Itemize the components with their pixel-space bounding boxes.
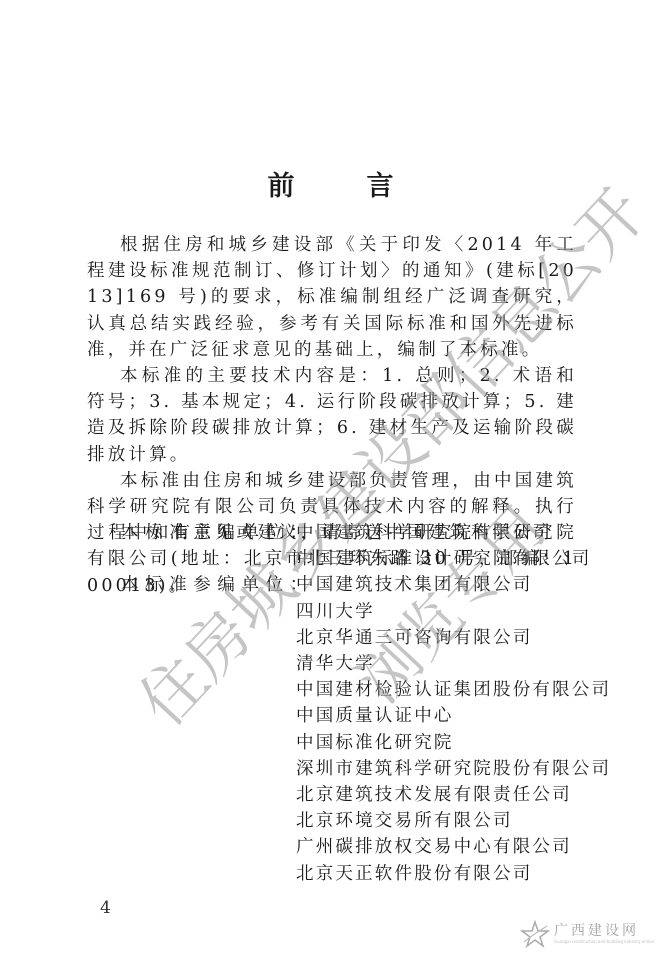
chief-editor-label: 本标准主编单位： bbox=[121, 520, 296, 572]
site-logo: 广西建设网 Guangxi construction and building … bbox=[520, 918, 655, 950]
participating-unit: 中国标准化研究院 bbox=[296, 730, 611, 756]
logo-name-cn: 广西建设网 bbox=[554, 924, 654, 938]
star-logo-icon bbox=[520, 920, 550, 948]
participating-unit: 深圳市建筑科学研究院股份有限公司 bbox=[296, 756, 611, 782]
participating-unit: 中国质量认证中心 bbox=[296, 703, 611, 729]
participating-unit: 四川大学 bbox=[296, 599, 611, 625]
paragraph-background: 根据住房和城乡建设部《关于印发〈2014 年工程建设标准规范制订、修订计划〉的通… bbox=[87, 232, 577, 363]
chief-editor-units: 本标准主编单位： 中国建筑科学研究院有限公司 中国建筑标准设计研究院有限公司 bbox=[121, 520, 611, 572]
participating-label: 本标准参编单位： bbox=[121, 572, 296, 886]
participating-unit: 北京华通三可咨询有限公司 bbox=[296, 625, 611, 651]
drafting-units: 本标准主编单位： 中国建筑科学研究院有限公司 中国建筑标准设计研究院有限公司 本… bbox=[121, 520, 611, 887]
participating-unit: 中国建材检验认证集团股份有限公司 bbox=[296, 677, 611, 703]
participating-unit: 北京天正软件股份有限公司 bbox=[296, 861, 611, 887]
title-char-1: 前 bbox=[268, 164, 295, 203]
participating-unit: 清华大学 bbox=[296, 651, 611, 677]
participating-unit: 中国建筑技术集团有限公司 bbox=[296, 572, 611, 598]
participating-unit: 北京建筑技术发展有限责任公司 bbox=[296, 782, 611, 808]
participating-unit: 北京环境交易所有限公司 bbox=[296, 808, 611, 834]
document-page: 前言 根据住房和城乡建设部《关于印发〈2014 年工程建设标准规范制订、修订计划… bbox=[0, 0, 661, 958]
chief-unit: 中国建筑科学研究院有限公司 bbox=[296, 520, 592, 546]
page-title: 前言 bbox=[0, 164, 661, 203]
paragraph-main-contents: 本标准的主要技术内容是：1. 总则；2. 术语和符号；3. 基本规定；4. 运行… bbox=[87, 363, 577, 468]
chief-unit: 中国建筑标准设计研究院有限公司 bbox=[296, 546, 592, 572]
page-number: 4 bbox=[100, 898, 111, 918]
participating-units: 本标准参编单位： 中国建筑技术集团有限公司 四川大学 北京华通三可咨询有限公司 … bbox=[121, 572, 611, 886]
title-char-2: 言 bbox=[367, 164, 394, 203]
logo-name-en: Guangxi construction and building indust… bbox=[554, 940, 654, 944]
participating-unit: 广州碳排放权交易中心有限公司 bbox=[296, 834, 611, 860]
